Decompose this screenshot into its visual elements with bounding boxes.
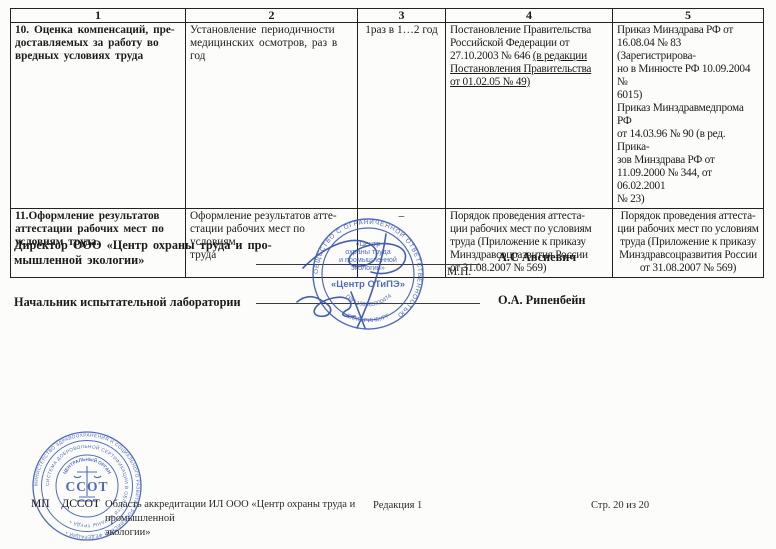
stamp-short-name: «Центр ОТиПЭ»: [331, 279, 405, 290]
column-header: 4: [446, 9, 613, 23]
page-number: Стр. 20 из 20: [591, 499, 649, 513]
revision-label: Редакция 1: [373, 499, 422, 513]
measure-cell: Установление периодичности медицинских о…: [186, 23, 358, 209]
mp-dssot-label: МП ДССОТ: [31, 497, 100, 511]
stamp-city-text: ЕКАТЕРИНБУРГ: [346, 313, 392, 324]
method-cell: Порядок проведения аттеста- ции рабочих …: [613, 209, 764, 278]
column-header: 1: [11, 9, 186, 23]
scales-icon: [74, 466, 101, 501]
accreditation-note: Область аккредитации ИЛ ООО «Центр охран…: [105, 498, 375, 540]
stamp-place-label: М.П.: [447, 266, 471, 278]
regulation-cell: Постановление Правительства Российской Ф…: [446, 23, 613, 209]
table-row: 10. Оценка компенсаций, пре- доставляемы…: [11, 23, 764, 209]
svg-text:ЕКАТЕРИНБУРГ: ЕКАТЕРИНБУРГ: [346, 313, 392, 324]
item-cell: 10. Оценка компенсаций, пре- доставляемы…: [11, 23, 186, 209]
method-cell: Приказ Минздрава РФ от 16.08.04 № 83 (За…: [613, 23, 764, 209]
lab-head-name: О.А. Рипенбейн: [498, 293, 586, 308]
stamp-center-label: ССОТ: [65, 479, 108, 494]
director-title: Директор ООО «Центр охраны труда и про- …: [14, 238, 290, 268]
director-signature-line: [256, 264, 480, 265]
table-header-row: 1 2 3 4 5: [11, 9, 764, 23]
stamp-arc-label: ЦЕНТРАЛЬНЫЙ ОРГАН: [62, 456, 112, 475]
period-cell: 1раз в 1…2 год: [358, 23, 446, 209]
period-cell: –: [358, 209, 446, 278]
document-page: 1 2 3 4 5 10. Оценка компенсаций, пре- д…: [0, 0, 776, 549]
lab-head-signature-line: [256, 303, 480, 304]
column-header: 3: [358, 9, 446, 23]
column-header: 5: [613, 9, 764, 23]
column-header: 2: [186, 9, 358, 23]
svg-text:ЦЕНТРАЛЬНЫЙ ОРГАН: ЦЕНТРАЛЬНЫЙ ОРГАН: [62, 456, 112, 475]
director-name: А.С Авсиевич: [498, 250, 576, 265]
